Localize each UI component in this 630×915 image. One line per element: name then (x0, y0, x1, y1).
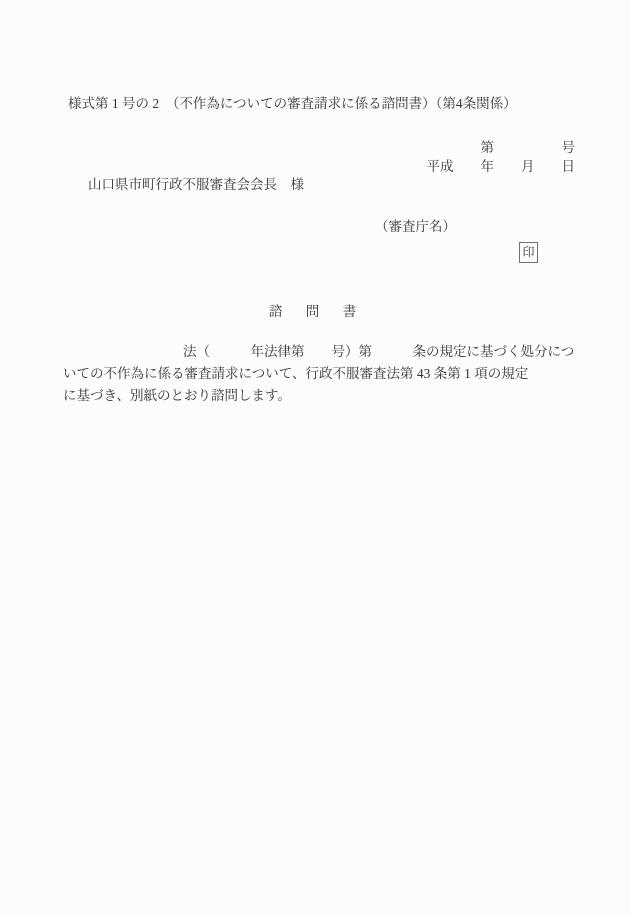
addressee-line: 山口県市町行政不服審査会会長 様 (88, 177, 304, 193)
body-line-3: に基づき、別紙のとおり諮問します。 (63, 385, 575, 407)
agency-name-label: （審査庁名） (375, 219, 456, 235)
form-style-label: 様式第 1 号の 2 （不作為についての審査請求に係る諮問書）（第4条関係） (68, 96, 517, 112)
document-number-line: 第 号 (481, 140, 576, 156)
body-paragraph: 法（ 年法律第 号）第 条の規定に基づく処分につ いての不作為に係る審査請求につ… (63, 341, 575, 407)
body-line-1: 法（ 年法律第 号）第 条の規定に基づく処分につ (63, 341, 575, 363)
document-page: 様式第 1 号の 2 （不作為についての審査請求に係る諮問書）（第4条関係） 第… (0, 0, 630, 915)
date-line: 平成 年 月 日 (427, 159, 576, 175)
document-title: 諮 問 書 (0, 300, 630, 320)
body-line-2: いての不作為に係る審査請求について、行政不服審査法第 43 条第 1 項の規定 (63, 363, 575, 385)
seal-stamp-box: 印 (519, 242, 538, 263)
